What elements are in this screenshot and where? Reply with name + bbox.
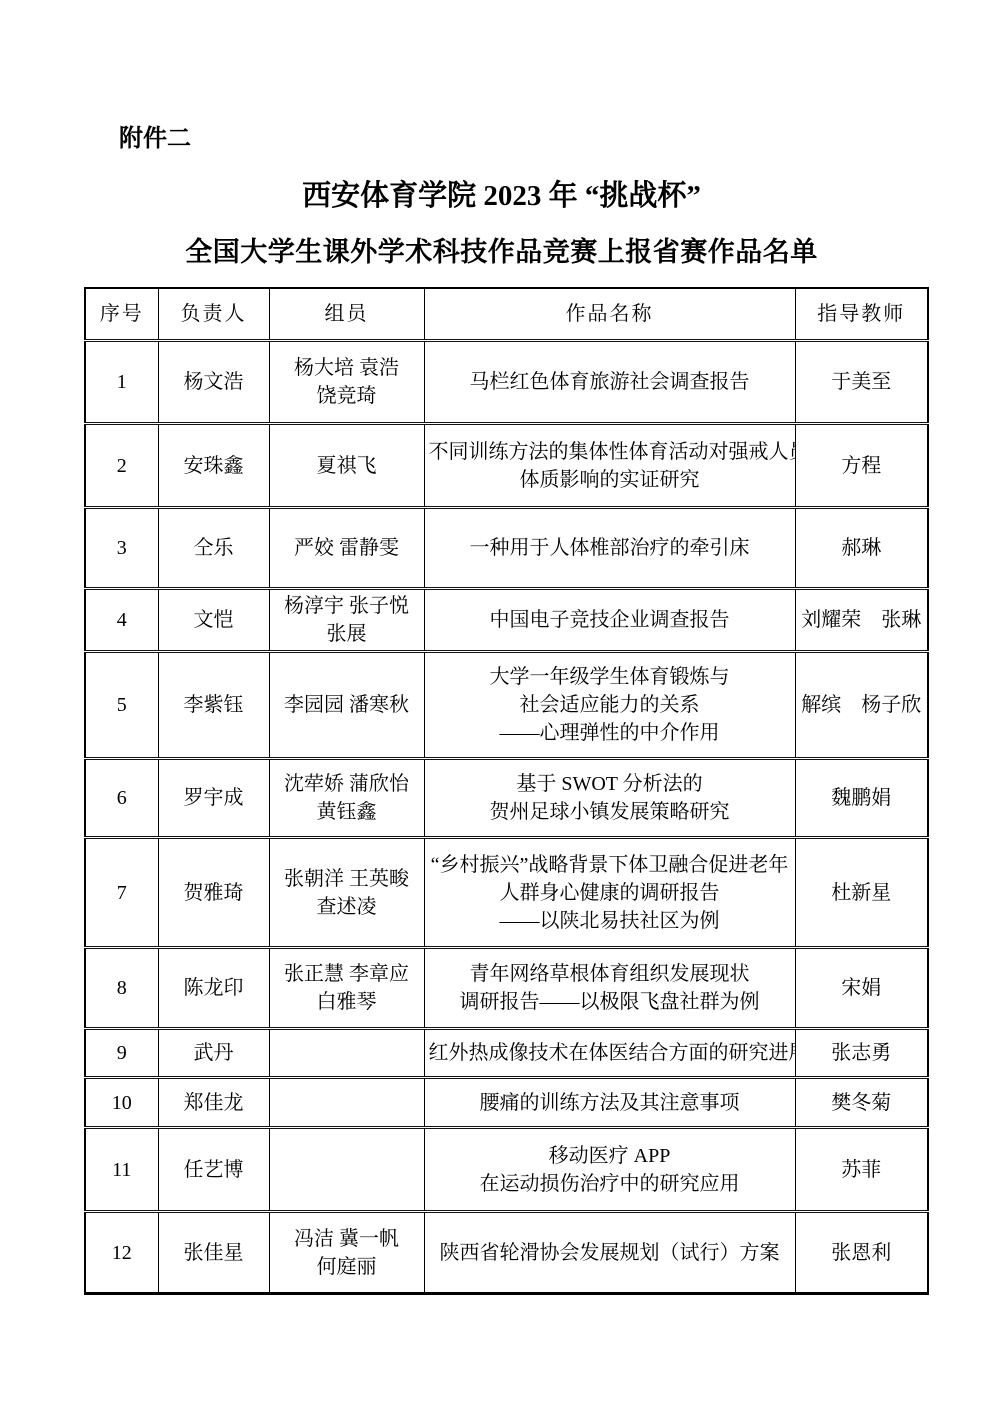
text-line: 杨淳宇 张子悦 <box>274 592 420 620</box>
works-table-body: 1杨文浩杨大培 袁浩饶竞琦马栏红色体育旅游社会调查报告于美至2安珠鑫夏祺飞不同训… <box>85 341 928 1294</box>
text-line: 安珠鑫 <box>163 452 265 480</box>
cell-work-title: 大学一年级学生体育锻炼与社会适应能力的关系——心理弹性的中介作用 <box>424 652 795 759</box>
document-title-line2: 全国大学生课外学术科技作品竞赛上报省赛作品名单 <box>0 237 1003 267</box>
text-line: 在运动损伤治疗中的研究应用 <box>429 1170 791 1198</box>
cell-members: 杨淳宇 张子悦张展 <box>269 589 424 652</box>
cell-work-title: 青年网络草根体育组织发展现状调研报告——以极限飞盘社群为例 <box>424 948 795 1029</box>
text-line: 樊冬菊 <box>800 1089 924 1117</box>
cell-advisor: 苏菲 <box>795 1128 928 1212</box>
text-line: 于美至 <box>800 368 924 396</box>
text-line: 仝乐 <box>163 534 265 562</box>
text-line: 8 <box>90 974 154 1002</box>
text-line: 调研报告——以极限飞盘社群为例 <box>429 988 791 1016</box>
cell-no: 11 <box>85 1128 158 1212</box>
header-work-title: 作品名称 <box>424 288 795 341</box>
cell-members: 冯洁 冀一帆何庭丽 <box>269 1212 424 1294</box>
text-line: 陕西省轮滑协会发展规划（试行）方案 <box>429 1239 791 1267</box>
cell-members: 杨大培 袁浩饶竞琦 <box>269 341 424 424</box>
text-line: 解缤 杨子欣 <box>800 691 924 719</box>
cell-leader: 任艺博 <box>158 1128 269 1212</box>
cell-leader: 陈龙印 <box>158 948 269 1029</box>
cell-work-title: 陕西省轮滑协会发展规划（试行）方案 <box>424 1212 795 1294</box>
cell-members: 沈荦娇 蒲欣怡黄钰鑫 <box>269 759 424 838</box>
text-line: 张朝洋 王英畯 <box>274 865 420 893</box>
text-line: 4 <box>90 606 154 634</box>
cell-members: 张正慧 李章应白雅琴 <box>269 948 424 1029</box>
cell-leader: 杨文浩 <box>158 341 269 424</box>
text-line: 武丹 <box>163 1039 265 1067</box>
text-line: 不同训练方法的集体性体育活动对强戒人员 <box>429 438 791 466</box>
cell-members <box>269 1029 424 1078</box>
header-no: 序号 <box>85 288 158 341</box>
cell-leader: 李紫钰 <box>158 652 269 759</box>
text-line: 张展 <box>274 620 420 648</box>
document-page: 附件二 西安体育学院 2023 年 “挑战杯” 全国大学生课外学术科技作品竞赛上… <box>0 0 1003 1420</box>
text-line: 1 <box>90 368 154 396</box>
text-line: 社会适应能力的关系 <box>429 691 791 719</box>
cell-advisor: 宋娟 <box>795 948 928 1029</box>
attachment-label: 附件二 <box>119 124 191 154</box>
table-row: 7贺雅琦张朝洋 王英畯查述凌“乡村振兴”战略背景下体卫融合促进老年人群身心健康的… <box>85 838 928 948</box>
cell-advisor: 魏鹏娟 <box>795 759 928 838</box>
text-line: 张恩利 <box>800 1239 924 1267</box>
text-line: 夏祺飞 <box>274 452 420 480</box>
table-row: 3仝乐严姣 雷静雯一种用于人体椎部治疗的牵引床郝琳 <box>85 508 928 589</box>
table-row: 9武丹红外热成像技术在体医结合方面的研究进展张志勇 <box>85 1029 928 1078</box>
text-line: 9 <box>90 1039 154 1067</box>
text-line: 一种用于人体椎部治疗的牵引床 <box>429 534 791 562</box>
text-line: 10 <box>90 1089 154 1117</box>
cell-leader: 罗宇成 <box>158 759 269 838</box>
cell-advisor: 张志勇 <box>795 1029 928 1078</box>
cell-members <box>269 1078 424 1128</box>
cell-advisor: 樊冬菊 <box>795 1078 928 1128</box>
text-line: 魏鹏娟 <box>800 784 924 812</box>
cell-members: 严姣 雷静雯 <box>269 508 424 589</box>
text-line: 贺州足球小镇发展策略研究 <box>429 798 791 826</box>
table-row: 11任艺博移动医疗 APP在运动损伤治疗中的研究应用苏菲 <box>85 1128 928 1212</box>
text-line: 文恺 <box>163 606 265 634</box>
cell-advisor: 刘耀荣 张琳 <box>795 589 928 652</box>
text-line: 何庭丽 <box>274 1253 420 1281</box>
text-line: 沈荦娇 蒲欣怡 <box>274 770 420 798</box>
text-line: 杨文浩 <box>163 368 265 396</box>
text-line: 李园园 潘寒秋 <box>274 691 420 719</box>
cell-advisor: 张恩利 <box>795 1212 928 1294</box>
cell-leader: 郑佳龙 <box>158 1078 269 1128</box>
works-table: 序号 负责人 组员 作品名称 指导教师 1杨文浩杨大培 袁浩饶竞琦马栏红色体育旅… <box>84 287 929 1295</box>
text-line: 张佳星 <box>163 1239 265 1267</box>
cell-members: 张朝洋 王英畯查述凌 <box>269 838 424 948</box>
cell-no: 3 <box>85 508 158 589</box>
text-line: 郑佳龙 <box>163 1089 265 1117</box>
text-line: ——以陕北易扶社区为例 <box>429 907 791 935</box>
table-row: 12张佳星冯洁 冀一帆何庭丽陕西省轮滑协会发展规划（试行）方案张恩利 <box>85 1212 928 1294</box>
table-row: 2安珠鑫夏祺飞不同训练方法的集体性体育活动对强戒人员体质影响的实证研究方程 <box>85 424 928 508</box>
text-line: 黄钰鑫 <box>274 798 420 826</box>
text-line: 12 <box>90 1239 154 1267</box>
text-line: ——心理弹性的中介作用 <box>429 719 791 747</box>
table-row: 1杨文浩杨大培 袁浩饶竞琦马栏红色体育旅游社会调查报告于美至 <box>85 341 928 424</box>
text-line: 严姣 雷静雯 <box>274 534 420 562</box>
text-line: 查述凌 <box>274 893 420 921</box>
cell-no: 6 <box>85 759 158 838</box>
document-title-line1: 西安体育学院 2023 年 “挑战杯” <box>0 180 1003 212</box>
cell-no: 5 <box>85 652 158 759</box>
text-line: 杨大培 袁浩 <box>274 354 420 382</box>
cell-no: 10 <box>85 1078 158 1128</box>
cell-leader: 武丹 <box>158 1029 269 1078</box>
text-line: 腰痛的训练方法及其注意事项 <box>429 1089 791 1117</box>
text-line: 3 <box>90 534 154 562</box>
text-line: 任艺博 <box>163 1156 265 1184</box>
table-header-row: 序号 负责人 组员 作品名称 指导教师 <box>85 288 928 341</box>
text-line: 5 <box>90 691 154 719</box>
cell-no: 12 <box>85 1212 158 1294</box>
text-line: 李紫钰 <box>163 691 265 719</box>
cell-no: 7 <box>85 838 158 948</box>
text-line: 体质影响的实证研究 <box>429 466 791 494</box>
table-row: 10郑佳龙腰痛的训练方法及其注意事项樊冬菊 <box>85 1078 928 1128</box>
text-line: 冯洁 冀一帆 <box>274 1225 420 1253</box>
cell-work-title: 中国电子竞技企业调查报告 <box>424 589 795 652</box>
text-line: 饶竞琦 <box>274 382 420 410</box>
text-line: 张正慧 李章应 <box>274 960 420 988</box>
cell-advisor: 于美至 <box>795 341 928 424</box>
cell-work-title: 不同训练方法的集体性体育活动对强戒人员体质影响的实证研究 <box>424 424 795 508</box>
text-line: 刘耀荣 张琳 <box>800 606 924 634</box>
text-line: 马栏红色体育旅游社会调查报告 <box>429 368 791 396</box>
cell-work-title: “乡村振兴”战略背景下体卫融合促进老年人群身心健康的调研报告——以陕北易扶社区为… <box>424 838 795 948</box>
cell-work-title: 基于 SWOT 分析法的贺州足球小镇发展策略研究 <box>424 759 795 838</box>
cell-work-title: 腰痛的训练方法及其注意事项 <box>424 1078 795 1128</box>
header-members: 组员 <box>269 288 424 341</box>
text-line: 罗宇成 <box>163 784 265 812</box>
cell-members: 李园园 潘寒秋 <box>269 652 424 759</box>
cell-advisor: 方程 <box>795 424 928 508</box>
text-line: 青年网络草根体育组织发展现状 <box>429 960 791 988</box>
text-line: 宋娟 <box>800 974 924 1002</box>
text-line: 苏菲 <box>800 1156 924 1184</box>
table-row: 6罗宇成沈荦娇 蒲欣怡黄钰鑫基于 SWOT 分析法的贺州足球小镇发展策略研究魏鹏… <box>85 759 928 838</box>
cell-leader: 贺雅琦 <box>158 838 269 948</box>
text-line: 人群身心健康的调研报告 <box>429 879 791 907</box>
cell-leader: 文恺 <box>158 589 269 652</box>
text-line: 白雅琴 <box>274 988 420 1016</box>
text-line: 陈龙印 <box>163 974 265 1002</box>
text-line: 7 <box>90 879 154 907</box>
text-line: 方程 <box>800 452 924 480</box>
table-row: 5李紫钰李园园 潘寒秋大学一年级学生体育锻炼与社会适应能力的关系——心理弹性的中… <box>85 652 928 759</box>
text-line: 杜新星 <box>800 879 924 907</box>
header-advisor: 指导教师 <box>795 288 928 341</box>
cell-members: 夏祺飞 <box>269 424 424 508</box>
table-row: 4文恺杨淳宇 张子悦张展中国电子竞技企业调查报告刘耀荣 张琳 <box>85 589 928 652</box>
header-leader: 负责人 <box>158 288 269 341</box>
cell-leader: 张佳星 <box>158 1212 269 1294</box>
cell-leader: 仝乐 <box>158 508 269 589</box>
table-row: 8陈龙印张正慧 李章应白雅琴青年网络草根体育组织发展现状调研报告——以极限飞盘社… <box>85 948 928 1029</box>
cell-no: 9 <box>85 1029 158 1078</box>
text-line: 中国电子竞技企业调查报告 <box>429 606 791 634</box>
cell-no: 2 <box>85 424 158 508</box>
text-line: 郝琳 <box>800 534 924 562</box>
text-line: 张志勇 <box>800 1039 924 1067</box>
text-line: 基于 SWOT 分析法的 <box>429 770 791 798</box>
cell-leader: 安珠鑫 <box>158 424 269 508</box>
cell-work-title: 移动医疗 APP在运动损伤治疗中的研究应用 <box>424 1128 795 1212</box>
cell-advisor: 杜新星 <box>795 838 928 948</box>
text-line: “乡村振兴”战略背景下体卫融合促进老年 <box>429 851 791 879</box>
cell-advisor: 解缤 杨子欣 <box>795 652 928 759</box>
text-line: 红外热成像技术在体医结合方面的研究进展 <box>429 1039 791 1067</box>
text-line: 6 <box>90 784 154 812</box>
cell-work-title: 马栏红色体育旅游社会调查报告 <box>424 341 795 424</box>
text-line: 移动医疗 APP <box>429 1142 791 1170</box>
cell-no: 4 <box>85 589 158 652</box>
cell-members <box>269 1128 424 1212</box>
cell-advisor: 郝琳 <box>795 508 928 589</box>
cell-work-title: 红外热成像技术在体医结合方面的研究进展 <box>424 1029 795 1078</box>
cell-no: 8 <box>85 948 158 1029</box>
text-line: 11 <box>90 1156 154 1184</box>
text-line: 2 <box>90 452 154 480</box>
text-line: 贺雅琦 <box>163 879 265 907</box>
cell-work-title: 一种用于人体椎部治疗的牵引床 <box>424 508 795 589</box>
cell-no: 1 <box>85 341 158 424</box>
text-line: 大学一年级学生体育锻炼与 <box>429 663 791 691</box>
